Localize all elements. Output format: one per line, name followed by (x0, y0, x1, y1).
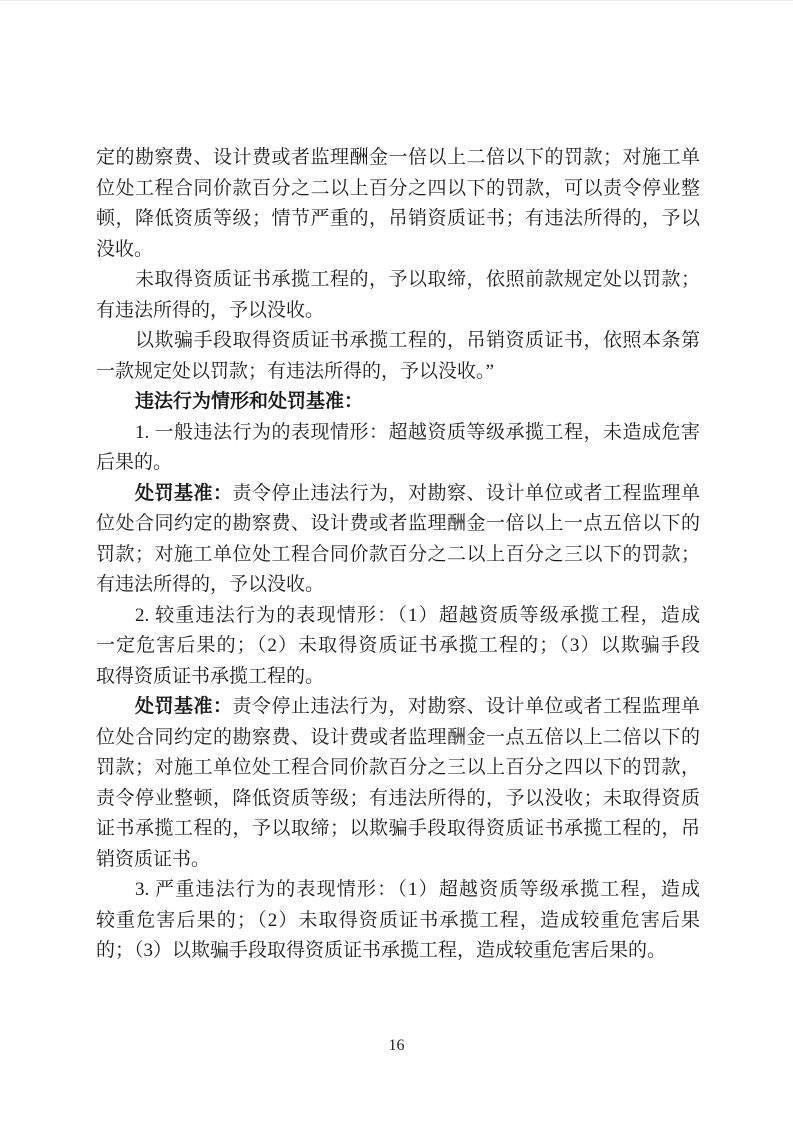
text-line: 罚款；对施工单位处工程合同价款百分之三以上百分之四以下的罚款， (96, 753, 700, 784)
text-run: 有违法所得的，予以没收。 (96, 300, 324, 321)
text-run: 取得资质证书承揽工程的。 (96, 666, 324, 687)
text-line: 销资质证书。 (96, 845, 700, 876)
text-run: 位处工程合同价款百分之二以上百分之四以下的罚款，可以责令停业整 (96, 178, 700, 199)
text-run: 顿，降低资质等级；情节严重的，吊销资质证书；有违法所得的，予以 (96, 208, 700, 229)
text-run: 2. 较重违法行为的表现情形：（1）超越资质等级承揽工程，造成 (135, 605, 700, 626)
text-line: 一款规定处以罚款；有违法所得的，予以没收。” (96, 357, 700, 388)
text-run: 有违法所得的，予以没收。 (96, 574, 324, 595)
text-run: 罚款；对施工单位处工程合同价款百分之三以上百分之四以下的罚款， (96, 757, 700, 778)
text-run: 位处合同约定的勘察费、设计费或者监理酬金一倍以上一点五倍以下的 (96, 513, 700, 534)
text-run: 销资质证书。 (96, 849, 210, 870)
text-line: 3. 严重违法行为的表现情形：（1）超越资质等级承揽工程，造成 (96, 875, 700, 906)
document-page: 定的勘察费、设计费或者监理酬金一倍以上二倍以下的罚款；对施工单位处工程合同价款百… (0, 0, 793, 1122)
text-line: 位处合同约定的勘察费、设计费或者监理酬金一倍以上一点五倍以下的 (96, 509, 700, 540)
text-run: 后果的。 (96, 452, 172, 473)
bold-text-run: 处罚基准： (135, 483, 233, 504)
text-run: 以欺骗手段取得资质证书承揽工程的，吊销资质证书，依照本条第 (135, 330, 700, 351)
text-line: 1. 一般违法行为的表现情形：超越资质等级承揽工程，未造成危害 (96, 418, 700, 449)
text-run: 较重危害后果的；（2）未取得资质证书承揽工程，造成较重危害后果 (96, 910, 700, 931)
text-line: 位处工程合同价款百分之二以上百分之四以下的罚款，可以责令停业整 (96, 174, 700, 205)
text-run: 1. 一般违法行为的表现情形：超越资质等级承揽工程，未造成危害 (135, 422, 700, 443)
page-number: 16 (389, 1037, 405, 1054)
text-run: 一定危害后果的；（2）未取得资质证书承揽工程的；（3）以欺骗手段 (96, 635, 700, 656)
text-run: 没收。 (96, 239, 153, 260)
text-line: 有违法所得的，予以没收。 (96, 570, 700, 601)
text-line: 有违法所得的，予以没收。 (96, 296, 700, 327)
text-line: 的；（3）以欺骗手段取得资质证书承揽工程，造成较重危害后果的。 (96, 936, 700, 967)
text-run: 证书承揽工程的，予以取缔；以欺骗手段取得资质证书承揽工程的，吊 (96, 818, 700, 839)
penalty-standards-heading: 违法行为情形和处罚基准： (96, 387, 700, 418)
text-line: 证书承揽工程的，予以取缔；以欺骗手段取得资质证书承揽工程的，吊 (96, 814, 700, 845)
text-line: 定的勘察费、设计费或者监理酬金一倍以上二倍以下的罚款；对施工单 (96, 143, 700, 174)
text-line: 2. 较重违法行为的表现情形：（1）超越资质等级承揽工程，造成 (96, 601, 700, 632)
text-run: 定的勘察费、设计费或者监理酬金一倍以上二倍以下的罚款；对施工单 (96, 147, 700, 168)
text-run: 未取得资质证书承揽工程的，予以取缔，依照前款规定处以罚款； (135, 269, 700, 290)
document-body-text: 定的勘察费、设计费或者监理酬金一倍以上二倍以下的罚款；对施工单位处工程合同价款百… (96, 143, 700, 967)
text-run: 位处合同约定的勘察费、设计费或者监理酬金一点五倍以上二倍以下的 (96, 727, 700, 748)
text-run: 责令停止违法行为，对勘察、设计单位或者工程监理单 (233, 483, 700, 504)
text-line: 后果的。 (96, 448, 700, 479)
text-run: 罚款；对施工单位处工程合同价款百分之二以上百分之三以下的罚款； (96, 544, 700, 565)
text-line: 顿，降低资质等级；情节严重的，吊销资质证书；有违法所得的，予以 (96, 204, 700, 235)
text-line: 没收。 (96, 235, 700, 266)
text-line: 位处合同约定的勘察费、设计费或者监理酬金一点五倍以上二倍以下的 (96, 723, 700, 754)
page-footer: 16 (0, 1036, 793, 1056)
text-run: 的；（3）以欺骗手段取得资质证书承揽工程，造成较重危害后果的。 (96, 940, 666, 961)
text-run: 责令停业整顿，降低资质等级；有违法所得的，予以没收；未取得资质 (96, 788, 700, 809)
text-line: 取得资质证书承揽工程的。 (96, 662, 700, 693)
bold-text-run: 违法行为情形和处罚基准： (135, 391, 363, 412)
bold-text-run: 处罚基准： (135, 696, 233, 717)
page-edge (0, 0, 793, 1)
text-line: 处罚基准：责令停止违法行为，对勘察、设计单位或者工程监理单 (96, 479, 700, 510)
text-run: 一款规定处以罚款；有违法所得的，予以没收。” (96, 361, 494, 382)
text-line: 较重危害后果的；（2）未取得资质证书承揽工程，造成较重危害后果 (96, 906, 700, 937)
text-line: 责令停业整顿，降低资质等级；有违法所得的，予以没收；未取得资质 (96, 784, 700, 815)
text-line: 处罚基准：责令停止违法行为，对勘察、设计单位或者工程监理单 (96, 692, 700, 723)
text-line: 一定危害后果的；（2）未取得资质证书承揽工程的；（3）以欺骗手段 (96, 631, 700, 662)
text-line: 罚款；对施工单位处工程合同价款百分之二以上百分之三以下的罚款； (96, 540, 700, 571)
text-run: 责令停止违法行为，对勘察、设计单位或者工程监理单 (233, 696, 700, 717)
text-line: 未取得资质证书承揽工程的，予以取缔，依照前款规定处以罚款； (96, 265, 700, 296)
text-run: 3. 严重违法行为的表现情形：（1）超越资质等级承揽工程，造成 (135, 879, 700, 900)
text-line: 以欺骗手段取得资质证书承揽工程的，吊销资质证书，依照本条第 (96, 326, 700, 357)
